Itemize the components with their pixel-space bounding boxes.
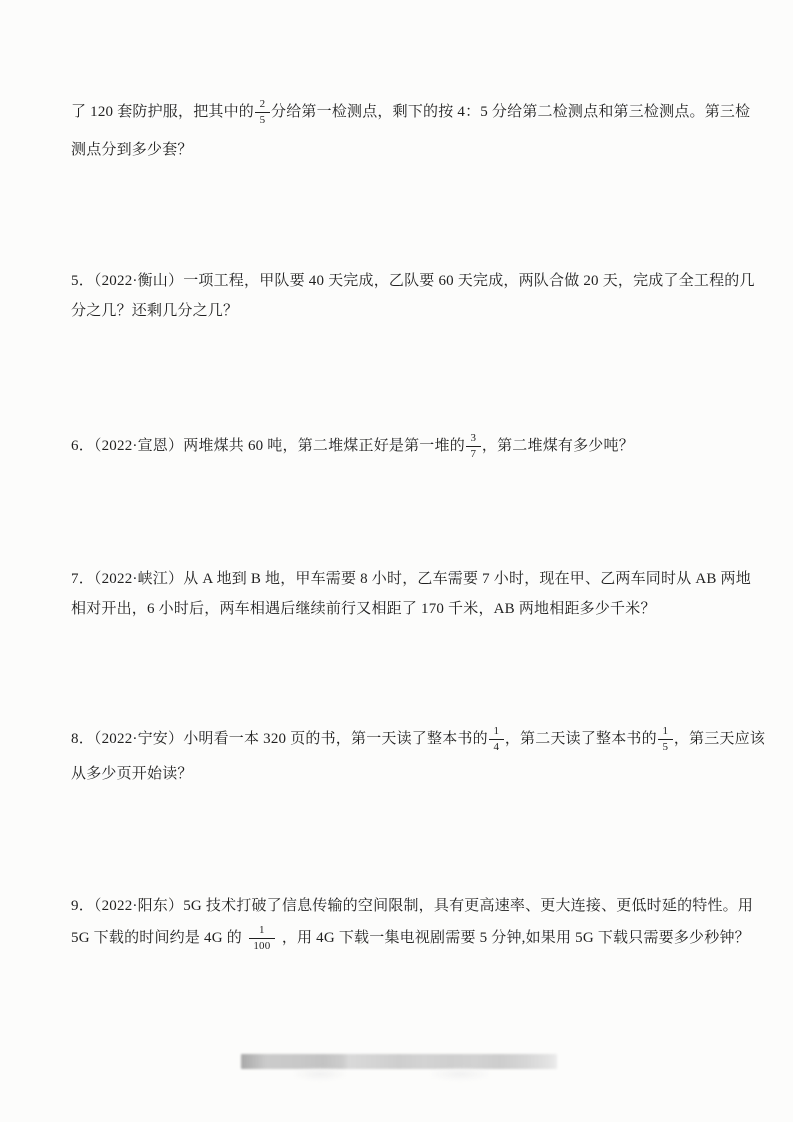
problem-text: ，第二天读了整本书的 [505,731,657,747]
fraction-1-4: 14 [489,725,504,755]
problem-5-line-1: 5．（2022·衡山）一项工程，甲队要 40 天完成，乙队要 60 天完成，两队… [71,266,755,296]
fraction-2-5: 25 [255,98,270,128]
fraction-3-7: 37 [466,432,481,462]
problem-7-line-1: 7．（2022·峡江）从 A 地到 B 地，甲车需要 8 小时，乙车需要 7 小… [71,564,751,594]
problem-text: 了 120 套防护服，把其中的 [71,104,254,120]
problem-text: 分给第一检测点，剩下的按 4：5 分给第二检测点和第三检测点。第三检 [271,104,750,120]
problem-8-line-2: 从多少页开始读？ [71,759,193,789]
problem-text: 9．（2022·阳东）5G 技术打破了信息传输的空间限制，具有更高速率、更大连接… [71,898,753,914]
problem-text: ，第三天应该 [674,731,765,747]
redacted-watermark-bar [241,1054,557,1069]
problem-6-line-1: 6．（2022·宣恩）两堆煤共 60 吨，第二堆煤正好是第一堆的37，第二堆煤有… [71,431,634,461]
problem-8-line-1: 8．（2022·宁安）小明看一本 320 页的书，第一天读了整本书的14，第二天… [71,724,765,754]
problem-4-continuation-line-2: 测点分到多少套？ [71,135,193,165]
problem-4-continuation-line-1: 了 120 套防护服，把其中的25分给第一检测点，剩下的按 4：5 分给第二检测… [71,97,750,127]
problem-text: 5G 下载的时间约是 4G 的 [71,930,246,946]
problem-7-line-2: 相对开出，6 小时后，两车相遇后继续前行又相距了 170 千米，AB 两地相距多… [71,594,656,624]
problem-text: 测点分到多少套？ [71,142,193,158]
fraction-1-100: 1100 [249,924,275,954]
problem-text: 7．（2022·峡江）从 A 地到 B 地，甲车需要 8 小时，乙车需要 7 小… [71,571,751,587]
problem-text: 8．（2022·宁安）小明看一本 320 页的书，第一天读了整本书的 [71,731,488,747]
problem-text: 分之几？还剩几分之几？ [71,303,238,319]
problem-9-line-1: 9．（2022·阳东）5G 技术打破了信息传输的空间限制，具有更高速率、更大连接… [71,891,753,921]
problem-text: 6．（2022·宣恩）两堆煤共 60 吨，第二堆煤正好是第一堆的 [71,438,465,454]
problem-text: 5．（2022·衡山）一项工程，甲队要 40 天完成，乙队要 60 天完成，两队… [71,273,755,289]
problem-text: ，用 4G 下载一集电视剧需要 5 分钟,如果用 5G 下载只需要多少秒钟？ [278,930,750,946]
problem-text: 从多少页开始读？ [71,766,193,782]
fraction-1-5: 15 [658,725,673,755]
problem-5-line-2: 分之几？还剩几分之几？ [71,296,238,326]
redacted-watermark-ghost [270,1068,530,1084]
problem-text: 相对开出，6 小时后，两车相遇后继续前行又相距了 170 千米，AB 两地相距多… [71,601,656,617]
problem-text: ，第二堆煤有多少吨？ [482,438,634,454]
problem-9-line-2: 5G 下载的时间约是 4G 的 1100 ，用 4G 下载一集电视剧需要 5 分… [71,923,750,953]
worksheet-page: 了 120 套防护服，把其中的25分给第一检测点，剩下的按 4：5 分给第二检测… [0,0,793,1122]
